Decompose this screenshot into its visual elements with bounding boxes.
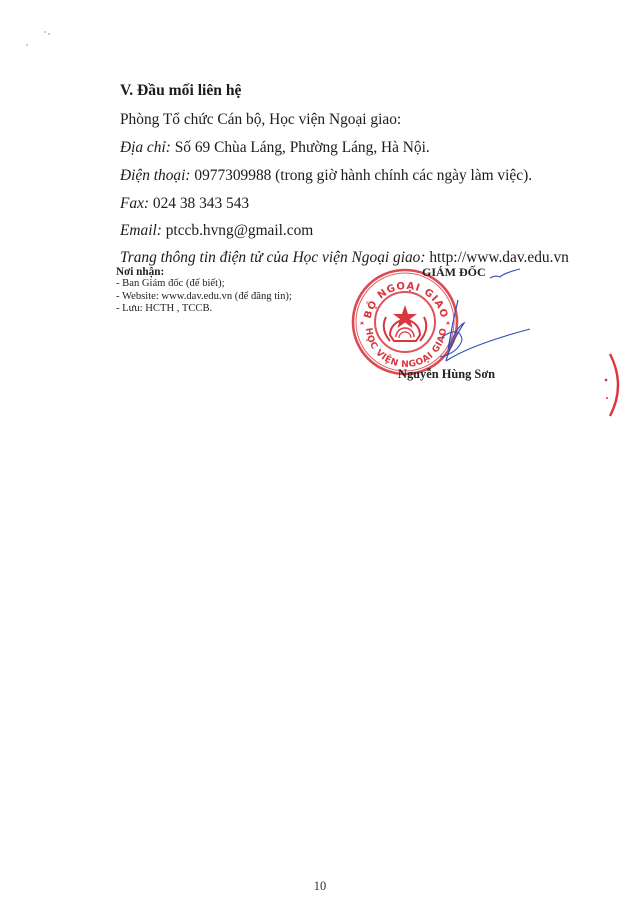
signer-title: GIÁM ĐỐC <box>422 265 486 280</box>
website-value: http://www.dav.edu.vn <box>426 249 569 266</box>
handwritten-signature-icon <box>420 265 540 375</box>
phone-value: 0977309988 (trong giờ hành chính các ngà… <box>191 167 533 184</box>
recipient-item: - Website: www.dav.edu.vn (để đăng tin); <box>116 291 292 303</box>
signer-name: Nguyễn Hùng Sơn <box>398 367 495 382</box>
address-value: Số 69 Chùa Láng, Phường Láng, Hà Nội. <box>171 139 430 156</box>
contact-email: Email: ptccb.hvng@gmail.com <box>120 222 313 240</box>
scan-speck <box>44 31 46 33</box>
email-value: ptccb.hvng@gmail.com <box>162 222 313 239</box>
contact-phone: Điện thoại: 0977309988 (trong giờ hành c… <box>120 167 532 185</box>
recipient-item: - Ban Giám đốc (để biết); <box>116 278 292 290</box>
contact-fax: Fax: 024 38 343 543 <box>120 195 249 213</box>
document-page: V. Đầu mối liên hệ Phòng Tổ chức Cán bộ,… <box>0 0 640 905</box>
contact-address: Địa chỉ: Số 69 Chùa Láng, Phường Láng, H… <box>120 139 430 157</box>
page-number: 10 <box>0 879 640 894</box>
recipient-item: - Lưu: HCTH , TCCB. <box>116 303 292 315</box>
fax-value: 024 38 343 543 <box>149 195 249 212</box>
phone-label: Điện thoại: <box>120 167 191 184</box>
email-label: Email: <box>120 222 162 239</box>
edge-seal-fragment-icon <box>598 350 628 420</box>
section-heading: V. Đầu mối liên hệ <box>120 82 241 100</box>
recipients-block: Nơi nhận: - Ban Giám đốc (để biết); - We… <box>116 266 292 316</box>
website-label: Trang thông tin điện tử của Học viện Ngo… <box>120 249 426 266</box>
recipients-title: Nơi nhận: <box>116 266 292 278</box>
scan-speck <box>26 44 28 46</box>
office-name: Phòng Tổ chức Cán bộ, Học viện Ngoại gia… <box>120 111 401 129</box>
address-label: Địa chỉ: <box>120 139 171 156</box>
scan-speck <box>48 33 50 35</box>
fax-label: Fax: <box>120 195 149 212</box>
